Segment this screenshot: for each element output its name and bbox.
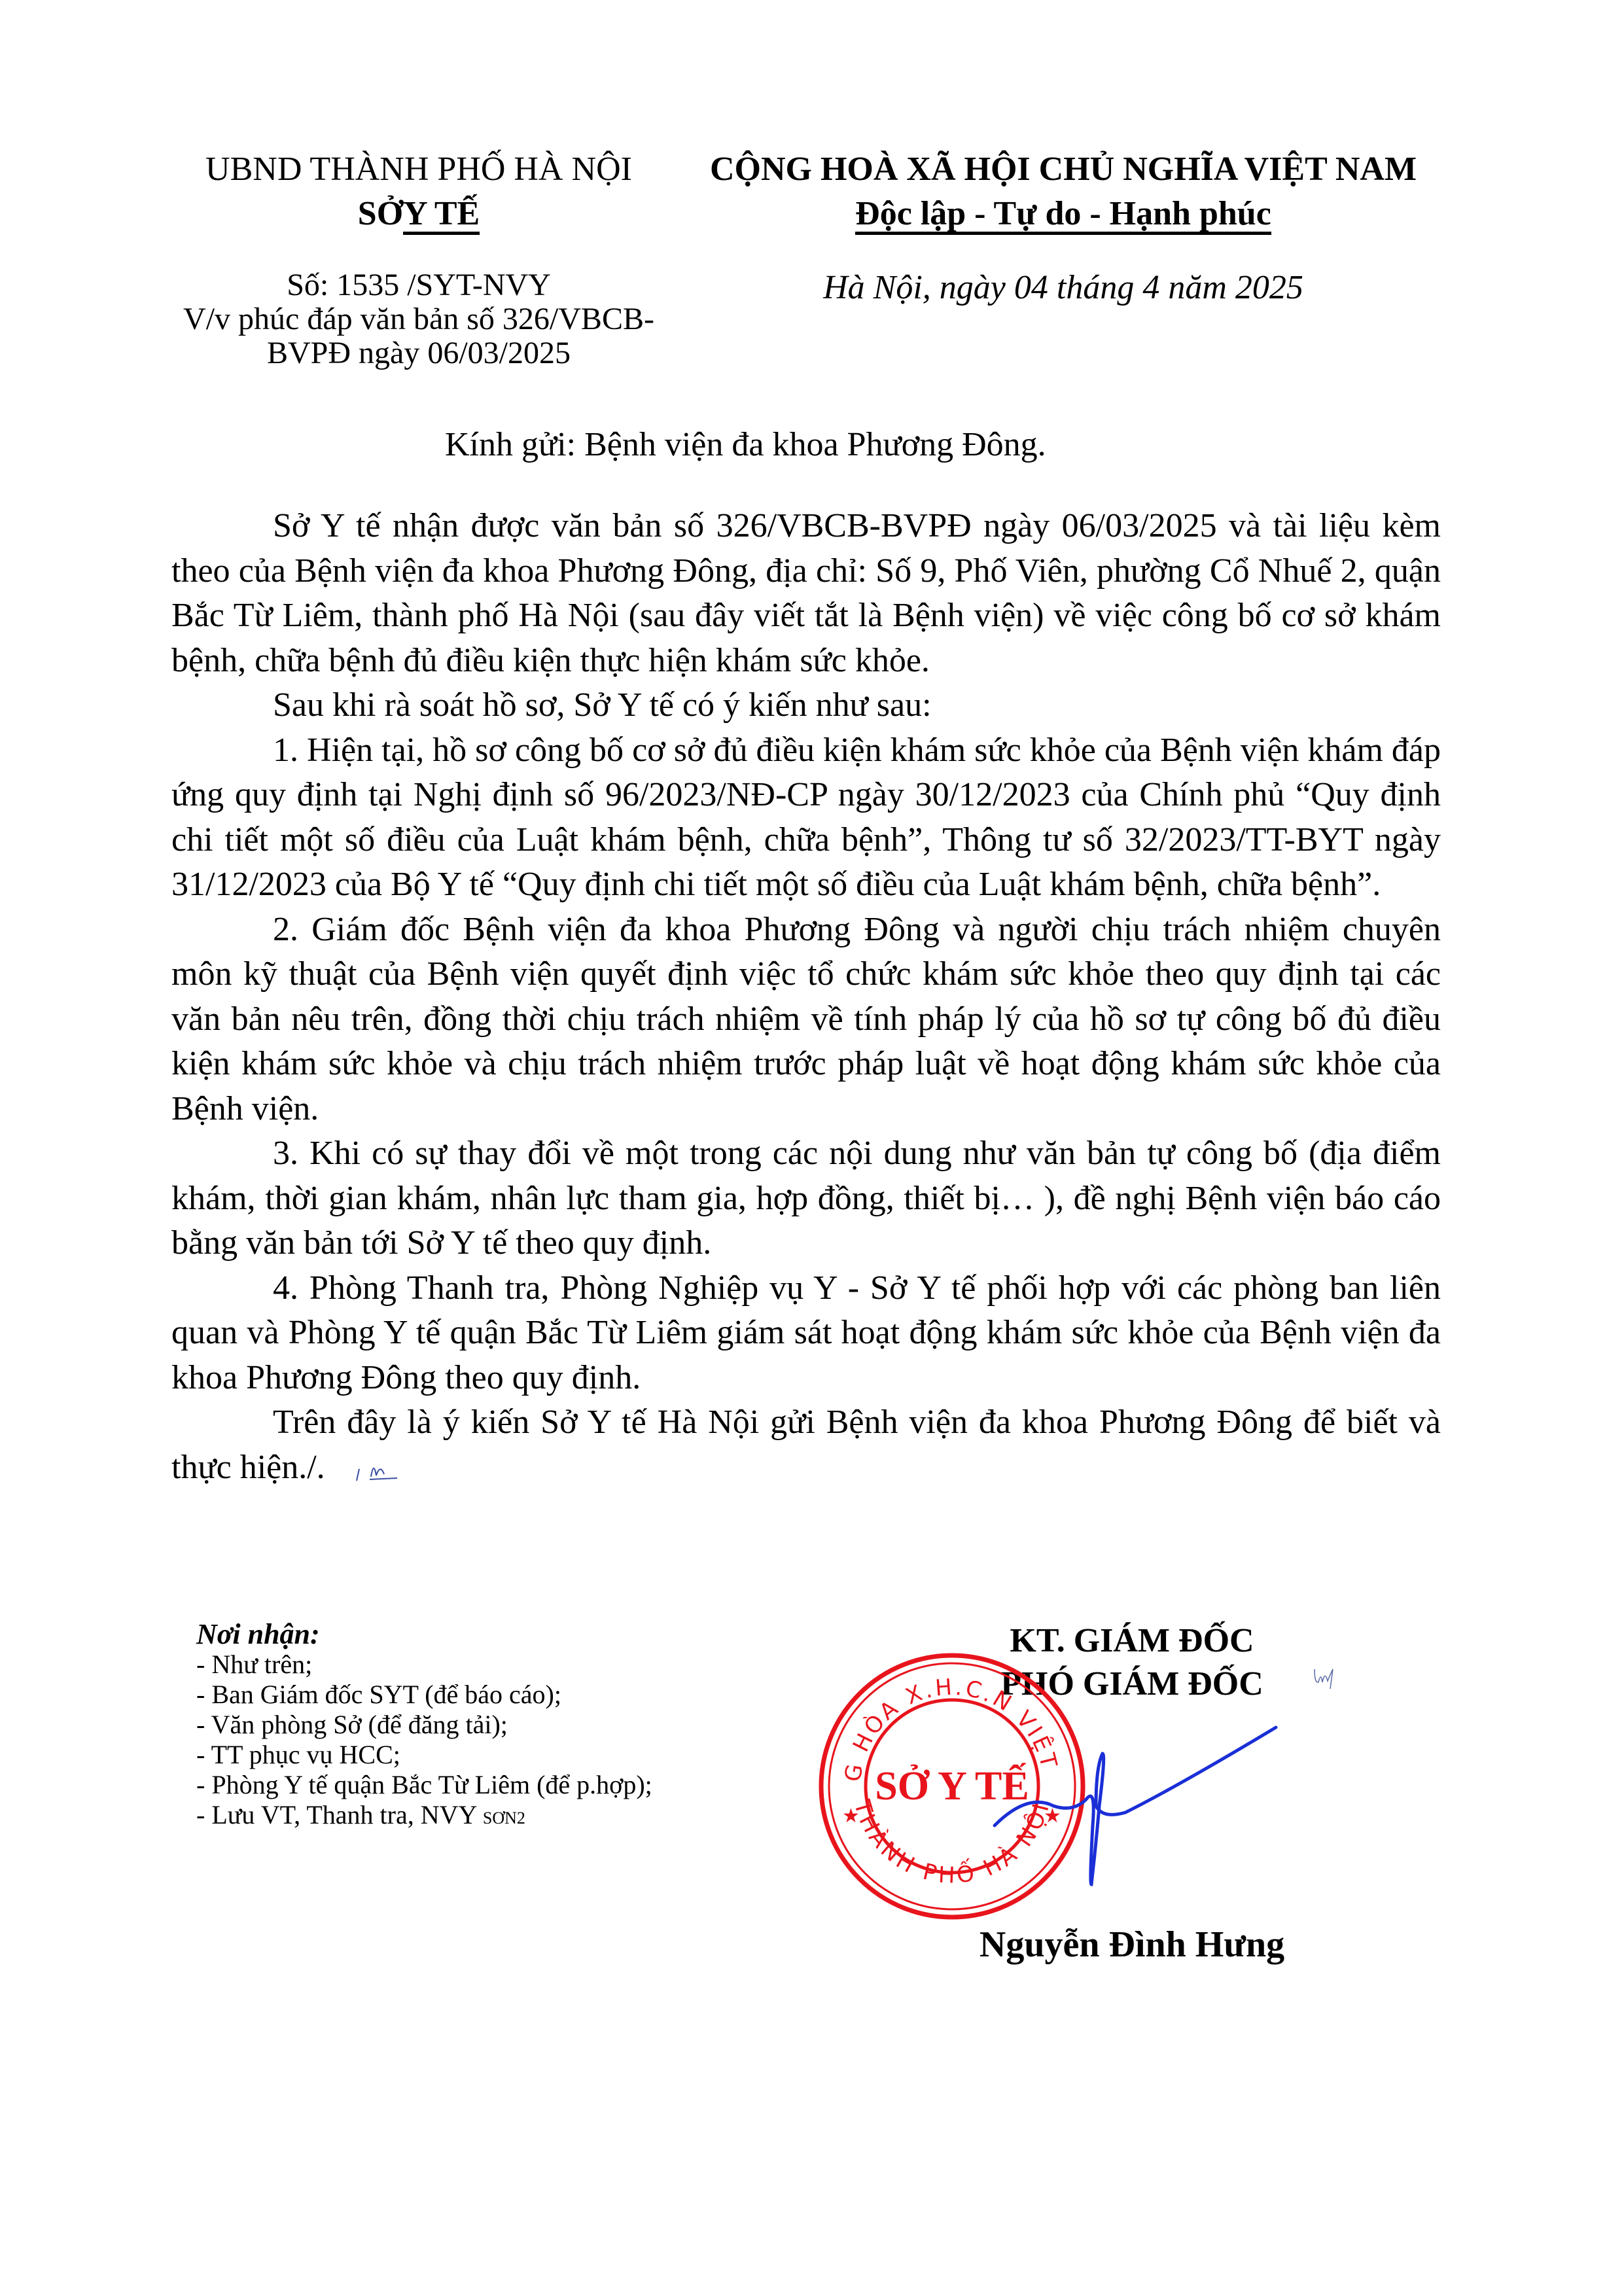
issuing-authority: UBND THÀNH PHỐ HÀ NỘI SỞ Y TẾ (170, 147, 667, 236)
paragraph-item-1: 1. Hiện tại, hồ sơ công bố cơ sở đủ điều… (171, 728, 1441, 908)
recipients-list: Nơi nhận: - Như trên; - Ban Giám đốc SYT… (196, 1619, 652, 1833)
recipient-item: - Lưu VT, Thanh tra, NVY SƠN2 (196, 1800, 652, 1833)
subject-line-2: BVPĐ ngày 06/03/2025 (170, 336, 667, 370)
paragraph-closing: Trên đây là ý kiến Sở Y tế Hà Nội gửi Bệ… (171, 1400, 1441, 1490)
document-meta: Số: 1535 /SYT-NVY V/v phúc đáp văn bản s… (170, 268, 667, 370)
country-name: CỘNG HOÀ XÃ HỘI CHỦ NGHĨA VIỆT NAM (674, 147, 1453, 192)
issue-date: Hà Nội, ngày 04 tháng 4 năm 2025 (674, 268, 1453, 307)
seal-star-left-icon: ★ (842, 1805, 860, 1827)
initial-mark-icon (1312, 1665, 1338, 1691)
paragraph-item-2: 2. Giám đốc Bệnh viện đa khoa Phương Đôn… (171, 908, 1441, 1132)
paragraph-review: Sau khi rà soát hồ sơ, Sở Y tế có ý kiến… (171, 683, 1441, 728)
document-number: Số: 1535 /SYT-NVY (170, 268, 667, 302)
drafter-code: SƠN2 (483, 1809, 525, 1828)
paragraph-item-3: 3. Khi có sự thay đổi về một trong các n… (171, 1131, 1441, 1266)
paragraph-intro: Sở Y tế nhận được văn bản số 326/VBCB-BV… (171, 504, 1441, 683)
parent-authority: UBND THÀNH PHỐ HÀ NỘI (170, 147, 667, 192)
paragraph-item-4: 4. Phòng Thanh tra, Phòng Nghiệp vụ Y - … (171, 1266, 1441, 1401)
document-body: Sở Y tế nhận được văn bản số 326/VBCB-BV… (171, 504, 1441, 1490)
subject-line-1: V/v phúc đáp văn bản số 326/VBCB- (170, 302, 667, 336)
recipient-item: - Phòng Y tế quận Bắc Từ Liêm (để p.hợp)… (196, 1770, 652, 1800)
recipient-item: - Văn phòng Sở (để đăng tải); (196, 1710, 652, 1740)
recipients-title: Nơi nhận: (196, 1619, 652, 1650)
motto: Độc lập - Tự do - Hạnh phúc (674, 192, 1453, 236)
handwritten-signature-icon (981, 1714, 1289, 1911)
department-name: SỞ Y TẾ (170, 192, 667, 236)
recipient-item: - Ban Giám đốc SYT (để báo cáo); (196, 1680, 652, 1710)
initial-mark-icon (351, 1457, 430, 1483)
addressee: Kính gửi: Bệnh viện đa khoa Phương Đông. (445, 425, 1046, 464)
recipient-item: - TT phục vụ HCC; (196, 1740, 652, 1770)
signer-name: Nguyễn Đình Hưng (968, 1924, 1296, 1966)
national-header: CỘNG HOÀ XÃ HỘI CHỦ NGHĨA VIỆT NAM Độc l… (674, 147, 1453, 236)
recipient-item: - Như trên; (196, 1650, 652, 1680)
